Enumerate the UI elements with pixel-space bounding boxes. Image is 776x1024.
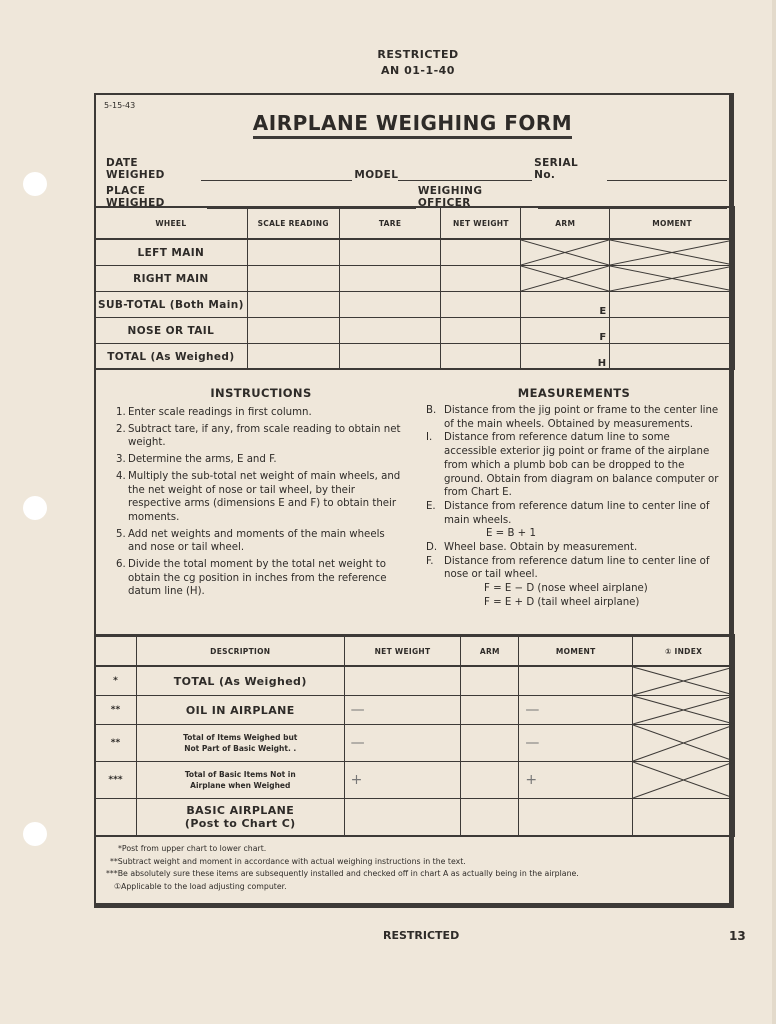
serial-no-label: SERIAL No. xyxy=(534,157,603,181)
table-row: * TOTAL (As Weighed) xyxy=(95,666,735,696)
table-row: ** OIL IN AIRPLANE — — xyxy=(95,696,735,725)
punch-hole xyxy=(23,822,47,846)
model-label: MODEL xyxy=(354,169,398,181)
crossed-out-cell xyxy=(610,266,735,292)
col-description: DESCRIPTION xyxy=(136,637,344,667)
table-row: RIGHT MAIN xyxy=(95,266,735,292)
row-mark: ** xyxy=(95,725,137,762)
wheel-table: WHEEL SCALE READING TARE NET WEIGHT ARM … xyxy=(94,206,735,370)
net-weight-cell[interactable]: + xyxy=(344,762,461,799)
table-row: ** Total of Items Weighed butNot Part of… xyxy=(95,725,735,762)
measurement-item: F.Distance from reference datum line to … xyxy=(426,555,722,582)
row-description: Total of Items Weighed butNot Part of Ba… xyxy=(136,725,344,762)
cross-icon xyxy=(521,266,609,291)
tare-cell[interactable] xyxy=(339,266,441,292)
formula-f-tail: F = E + D (tail wheel airplane) xyxy=(426,596,722,610)
col-moment: MOMENT xyxy=(610,207,735,239)
row-mark: *** xyxy=(95,762,137,799)
row-description: OIL IN AIRPLANE xyxy=(136,696,344,725)
tare-cell[interactable] xyxy=(339,292,441,318)
field-row-1: DATE WEIGHED MODEL SERIAL No. xyxy=(106,157,729,181)
net-weight-cell[interactable] xyxy=(441,292,521,318)
crossed-out-cell xyxy=(633,696,735,725)
col-index: ① INDEX xyxy=(633,637,735,667)
punch-hole xyxy=(23,172,47,196)
instructions-measurements-section: INSTRUCTIONS 1.Enter scale readings in f… xyxy=(94,368,735,636)
form-title: AIRPLANE WEIGHING FORM xyxy=(96,111,729,135)
tare-cell[interactable] xyxy=(339,239,441,266)
instruction-item: 3.Determine the arms, E and F. xyxy=(116,453,406,467)
table-row: BASIC AIRPLANE(Post to Chart C) xyxy=(95,799,735,836)
table-row: TOTAL (As Weighed) H xyxy=(95,344,735,370)
measurement-item: E.Distance from reference datum line to … xyxy=(426,500,722,527)
instruction-item: 5.Add net weights and moments of the mai… xyxy=(116,528,406,555)
footnote: ①Applicable to the load adjusting comput… xyxy=(110,881,579,894)
col-net-weight: NET WEIGHT xyxy=(344,637,461,667)
date-weighed-field[interactable] xyxy=(201,168,353,181)
arm-cell-e[interactable]: E xyxy=(521,292,610,318)
page-number: 13 xyxy=(729,929,746,943)
basic-airplane-table: DESCRIPTION NET WEIGHT ARM MOMENT ① INDE… xyxy=(94,636,735,836)
crossed-out-cell xyxy=(633,725,735,762)
form-date-code: 5-15-43 xyxy=(104,101,135,110)
cross-icon xyxy=(521,240,609,265)
row-mark xyxy=(95,799,137,836)
formula-f-nose: F = E − D (nose wheel airplane) xyxy=(426,582,722,596)
footnote: **Subtract weight and moment in accordan… xyxy=(110,856,579,869)
index-cell[interactable] xyxy=(633,799,735,836)
tare-cell[interactable] xyxy=(339,318,441,344)
table-row: LEFT MAIN xyxy=(95,239,735,266)
moment-cell[interactable] xyxy=(519,666,633,696)
serial-no-field[interactable] xyxy=(607,168,727,181)
row-label-right-main: RIGHT MAIN xyxy=(95,266,248,292)
net-weight-cell[interactable] xyxy=(441,344,521,370)
moment-cell[interactable] xyxy=(610,292,735,318)
col-wheel: WHEEL xyxy=(95,207,248,239)
cross-icon xyxy=(633,762,734,798)
header-doc-number: AN 01-1-40 xyxy=(0,64,776,77)
instruction-item: 1.Enter scale readings in first column. xyxy=(116,406,406,420)
moment-cell[interactable] xyxy=(610,344,735,370)
table-row: SUB-TOTAL (Both Main) E xyxy=(95,292,735,318)
instructions-title: INSTRUCTIONS xyxy=(116,386,406,400)
arm-cell[interactable] xyxy=(461,666,519,696)
notes-divider xyxy=(94,835,735,837)
arm-cell[interactable] xyxy=(461,725,519,762)
measurement-item: I.Distance from reference datum line to … xyxy=(426,431,722,500)
table-row: *** Total of Basic Items Not inAirplane … xyxy=(95,762,735,799)
arm-cell[interactable] xyxy=(461,696,519,725)
col-scale-reading: SCALE READING xyxy=(247,207,339,239)
arm-cell[interactable] xyxy=(461,799,519,836)
cross-icon xyxy=(633,667,734,695)
crossed-out-cell xyxy=(610,239,735,266)
row-label-total: TOTAL (As Weighed) xyxy=(95,344,248,370)
arm-cell-f[interactable]: F xyxy=(521,318,610,344)
row-description: TOTAL (As Weighed) xyxy=(136,666,344,696)
col-net-weight: NET WEIGHT xyxy=(441,207,521,239)
formula-e: E = B + 1 xyxy=(426,527,722,541)
net-weight-cell[interactable] xyxy=(344,799,461,836)
scale-reading-cell[interactable] xyxy=(247,239,339,266)
measurement-item: D.Wheel base. Obtain by measurement. xyxy=(426,541,722,555)
footer-classification: RESTRICTED xyxy=(383,929,459,942)
cross-icon xyxy=(633,696,734,724)
row-description: Total of Basic Items Not inAirplane when… xyxy=(136,762,344,799)
row-label-sub-total: SUB-TOTAL (Both Main) xyxy=(95,292,248,318)
scale-reading-cell[interactable] xyxy=(247,292,339,318)
measurement-item: B.Distance from the jig point or frame t… xyxy=(426,404,722,431)
arm-cell[interactable] xyxy=(461,762,519,799)
scale-reading-cell[interactable] xyxy=(247,266,339,292)
row-label-nose-or-tail: NOSE OR TAIL xyxy=(95,318,248,344)
table-row: NOSE OR TAIL F xyxy=(95,318,735,344)
measurements-title: MEASUREMENTS xyxy=(426,386,722,400)
footnotes: *Post from upper chart to lower chart. *… xyxy=(110,843,579,893)
measurements-list: B.Distance from the jig point or frame t… xyxy=(426,404,722,610)
scale-reading-cell[interactable] xyxy=(247,318,339,344)
net-weight-cell[interactable] xyxy=(344,666,461,696)
moment-cell[interactable] xyxy=(519,799,633,836)
header-classification: RESTRICTED xyxy=(0,48,776,61)
tare-cell[interactable] xyxy=(339,344,441,370)
moment-cell[interactable] xyxy=(610,318,735,344)
col-tare: TARE xyxy=(339,207,441,239)
row-mark: ** xyxy=(95,696,137,725)
crossed-out-cell xyxy=(521,266,610,292)
weighing-form: 5-15-43 AIRPLANE WEIGHING FORM DATE WEIG… xyxy=(94,93,734,908)
instruction-item: 4.Multiply the sub-total net weight of m… xyxy=(116,470,406,525)
row-description: BASIC AIRPLANE(Post to Chart C) xyxy=(136,799,344,836)
net-weight-cell[interactable] xyxy=(441,266,521,292)
crossed-out-cell xyxy=(633,666,735,696)
model-field[interactable] xyxy=(398,168,532,181)
net-weight-cell[interactable]: — xyxy=(344,725,461,762)
moment-cell[interactable]: + xyxy=(519,762,633,799)
footnote: *Post from upper chart to lower chart. xyxy=(110,843,579,856)
col-moment: MOMENT xyxy=(519,637,633,667)
basic-table-header: DESCRIPTION NET WEIGHT ARM MOMENT ① INDE… xyxy=(95,637,735,667)
instruction-item: 6.Divide the total moment by the total n… xyxy=(116,558,406,599)
net-weight-cell[interactable] xyxy=(441,239,521,266)
arm-cell-h[interactable]: H xyxy=(521,344,610,370)
col-arm: ARM xyxy=(461,637,519,667)
crossed-out-cell xyxy=(633,762,735,799)
date-weighed-label: DATE WEIGHED xyxy=(106,157,201,181)
row-mark: * xyxy=(95,666,137,696)
page-edge xyxy=(772,0,776,1024)
scale-reading-cell[interactable] xyxy=(247,344,339,370)
instruction-item: 2.Subtract tare, if any, from scale read… xyxy=(116,423,406,450)
moment-cell[interactable]: — xyxy=(519,696,633,725)
punch-hole xyxy=(23,496,47,520)
wheel-table-header: WHEEL SCALE READING TARE NET WEIGHT ARM … xyxy=(95,207,735,239)
net-weight-cell[interactable]: — xyxy=(344,696,461,725)
cross-icon xyxy=(610,240,734,265)
cross-icon xyxy=(610,266,734,291)
row-label-left-main: LEFT MAIN xyxy=(95,239,248,266)
cross-icon xyxy=(633,725,734,761)
col-arm: ARM xyxy=(521,207,610,239)
col-mark xyxy=(95,637,137,667)
moment-cell[interactable]: — xyxy=(519,725,633,762)
footnote: ***Be absolutely sure these items are su… xyxy=(106,868,579,881)
net-weight-cell[interactable] xyxy=(441,318,521,344)
instructions-list: 1.Enter scale readings in first column. … xyxy=(116,406,406,602)
crossed-out-cell xyxy=(521,239,610,266)
